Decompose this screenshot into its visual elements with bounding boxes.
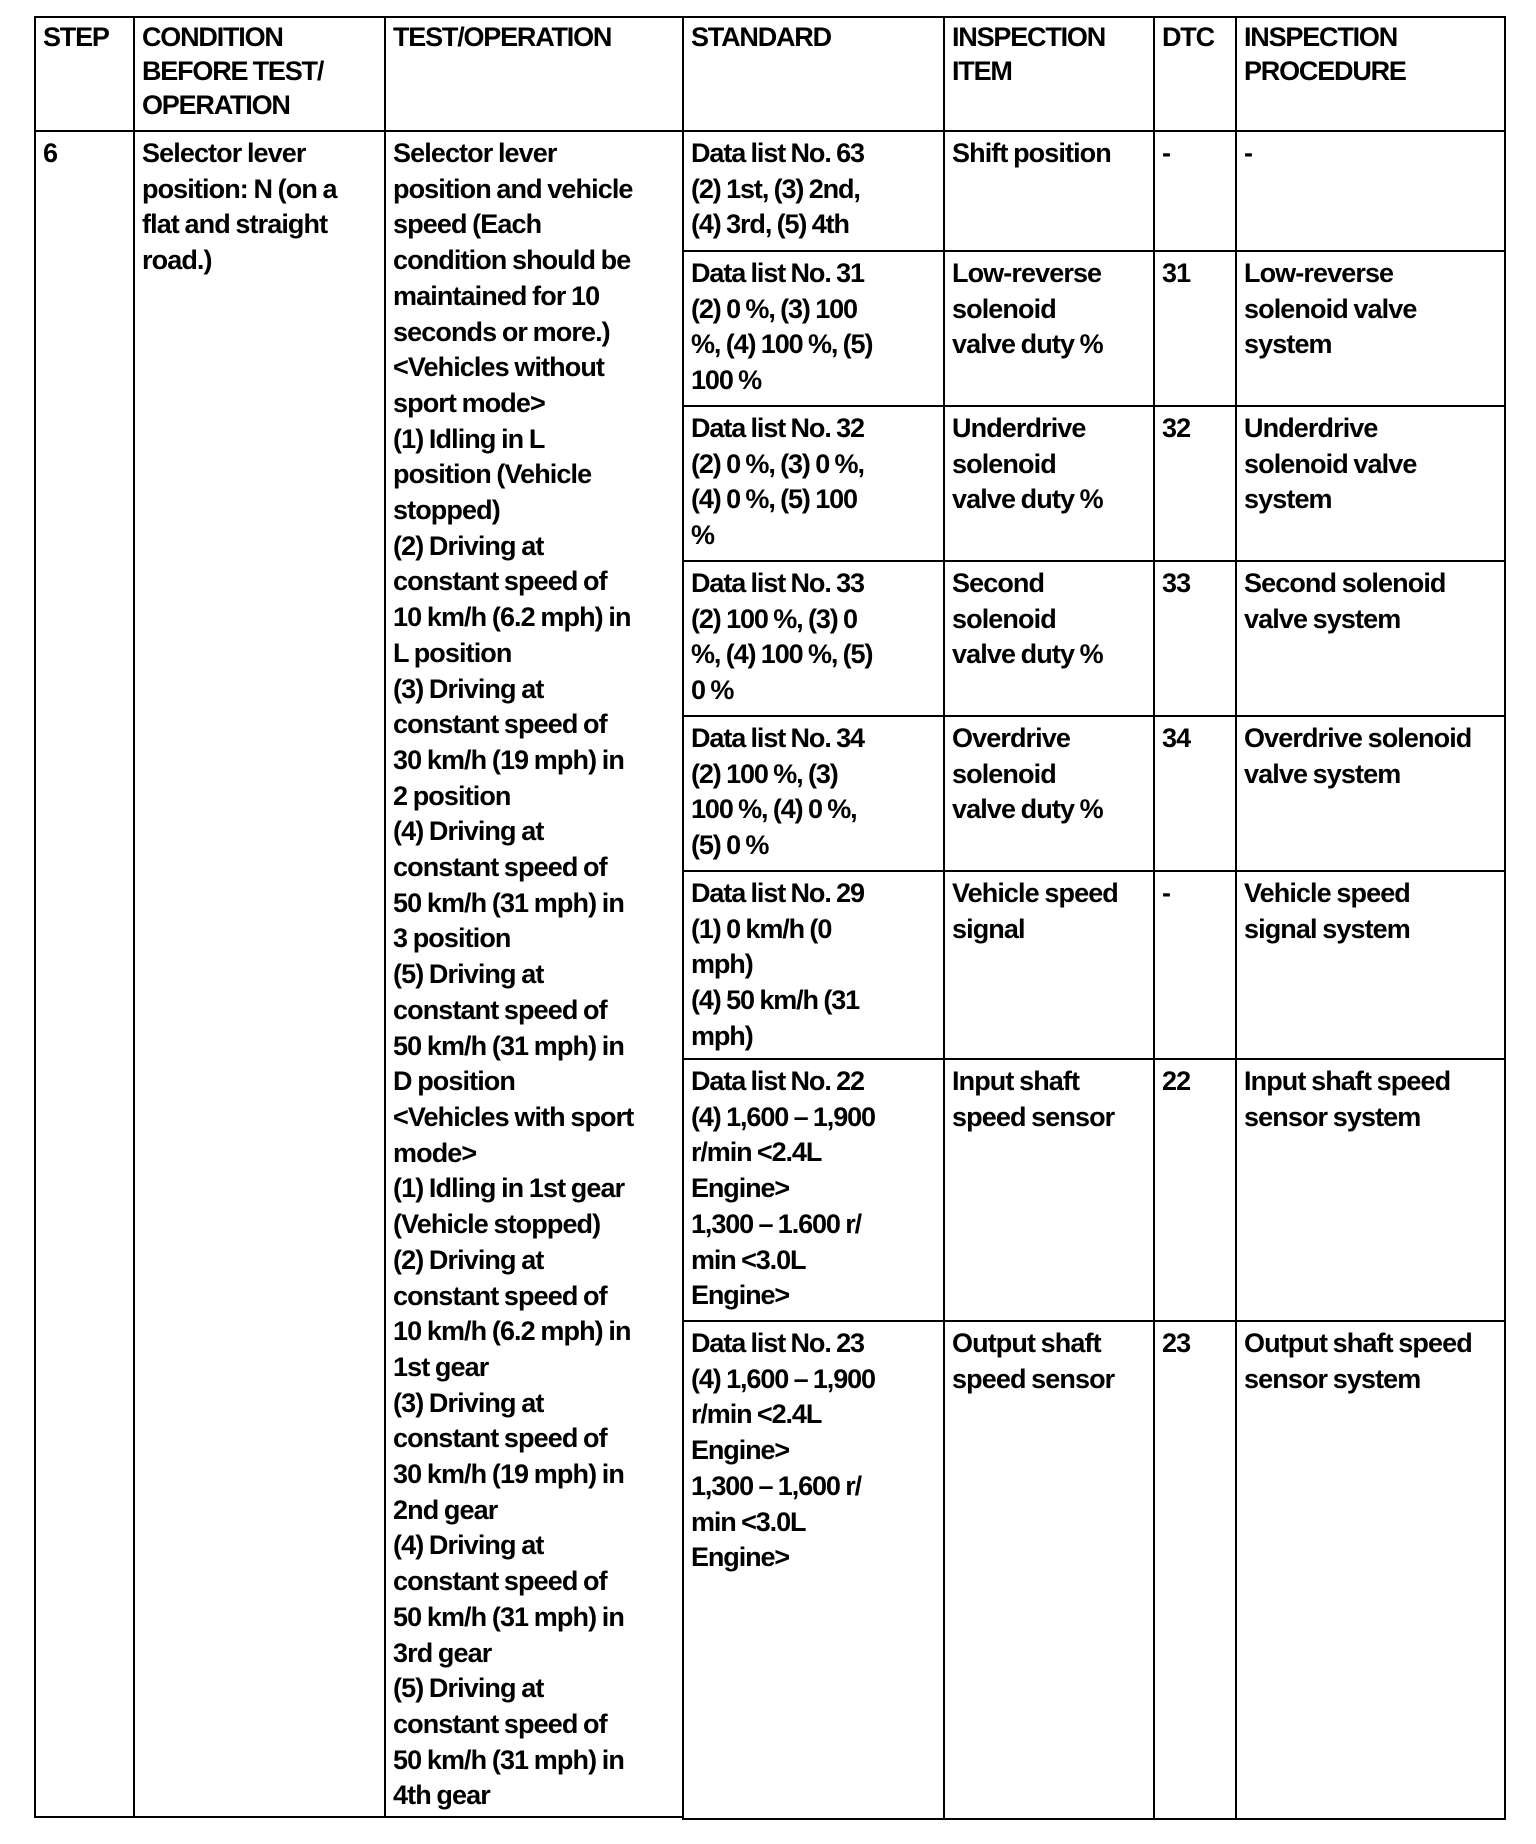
inspection-procedure-cell: - bbox=[1235, 130, 1506, 252]
inspection-item-cell: Overdrive solenoid valve duty % bbox=[943, 715, 1155, 872]
dtc-cell: 23 bbox=[1153, 1320, 1237, 1820]
dtc-cell: 32 bbox=[1153, 405, 1237, 562]
inspection-item-cell: Second solenoid valve duty % bbox=[943, 560, 1155, 717]
header-condition: CONDITION BEFORE TEST/ OPERATION bbox=[133, 16, 386, 132]
diagnostic-table: STEP CONDITION BEFORE TEST/ OPERATION TE… bbox=[34, 16, 1506, 1818]
standard-cell: Data list No. 63 (2) 1st, (3) 2nd, (4) 3… bbox=[682, 130, 945, 252]
inspection-procedure-cell: Output shaft speed sensor system bbox=[1235, 1320, 1506, 1820]
inspection-procedure-cell: Low-reverse solenoid valve system bbox=[1235, 250, 1506, 407]
header-inspection-item: INSPECTION ITEM bbox=[943, 16, 1155, 132]
header-test-operation: TEST/OPERATION bbox=[384, 16, 684, 132]
inspection-item-cell: Vehicle speed signal bbox=[943, 870, 1155, 1060]
dtc-cell: 22 bbox=[1153, 1058, 1237, 1322]
header-dtc: DTC bbox=[1153, 16, 1237, 132]
dtc-cell: 33 bbox=[1153, 560, 1237, 717]
standard-cell: Data list No. 34 (2) 100 %, (3) 100 %, (… bbox=[682, 715, 945, 872]
inspection-procedure-cell: Second solenoid valve system bbox=[1235, 560, 1506, 717]
inspection-procedure-cell: Underdrive solenoid valve system bbox=[1235, 405, 1506, 562]
header-standard: STANDARD bbox=[682, 16, 945, 132]
standard-cell: Data list No. 22 (4) 1,600 – 1,900 r/min… bbox=[682, 1058, 945, 1322]
inspection-procedure-cell: Input shaft speed sensor system bbox=[1235, 1058, 1506, 1322]
inspection-item-cell: Input shaft speed sensor bbox=[943, 1058, 1155, 1322]
standard-cell: Data list No. 29 (1) 0 km/h (0 mph) (4) … bbox=[682, 870, 945, 1060]
standard-cell: Data list No. 23 (4) 1,600 – 1,900 r/min… bbox=[682, 1320, 945, 1820]
dtc-cell: - bbox=[1153, 130, 1237, 252]
header-inspection-procedure: INSPECTION PROCEDURE bbox=[1235, 16, 1506, 132]
header-step: STEP bbox=[34, 16, 135, 132]
dtc-cell: - bbox=[1153, 870, 1237, 1060]
inspection-item-cell: Shift position bbox=[943, 130, 1155, 252]
standard-cell: Data list No. 31 (2) 0 %, (3) 100 %, (4)… bbox=[682, 250, 945, 407]
inspection-item-cell: Output shaft speed sensor bbox=[943, 1320, 1155, 1820]
dtc-cell: 34 bbox=[1153, 715, 1237, 872]
inspection-item-cell: Underdrive solenoid valve duty % bbox=[943, 405, 1155, 562]
step-number: 6 bbox=[34, 130, 135, 1818]
condition-cell: Selector lever position: N (on a flat an… bbox=[133, 130, 386, 1818]
dtc-cell: 31 bbox=[1153, 250, 1237, 407]
inspection-procedure-cell: Overdrive solenoid valve system bbox=[1235, 715, 1506, 872]
standard-cell: Data list No. 32 (2) 0 %, (3) 0 %, (4) 0… bbox=[682, 405, 945, 562]
inspection-item-cell: Low-reverse solenoid valve duty % bbox=[943, 250, 1155, 407]
inspection-procedure-cell: Vehicle speed signal system bbox=[1235, 870, 1506, 1060]
test-operation-cell: Selector lever position and vehicle spee… bbox=[384, 130, 684, 1818]
standard-cell: Data list No. 33 (2) 100 %, (3) 0 %, (4)… bbox=[682, 560, 945, 717]
